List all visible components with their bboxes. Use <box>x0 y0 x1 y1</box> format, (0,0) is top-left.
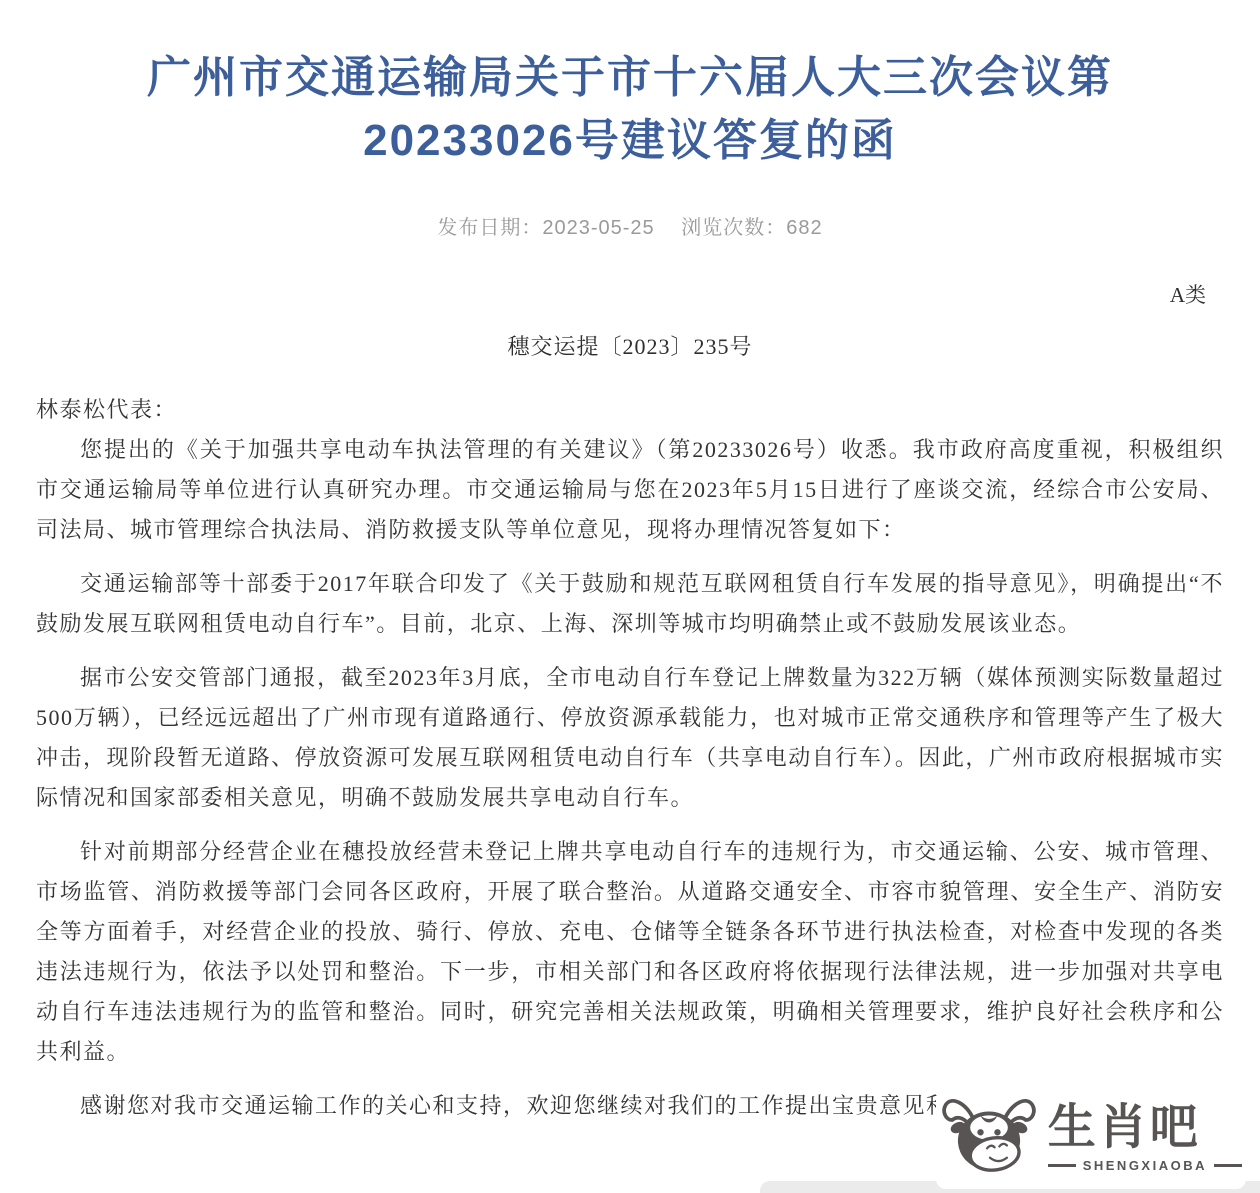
publish-meta: 发布日期：2023-05-25 浏览次数：682 <box>36 214 1224 242</box>
shengxiaoba-watermark-logo: 生肖吧 SHENGXIAOBA <box>936 1089 1246 1189</box>
view-count-value: 682 <box>786 217 822 239</box>
document-page: 广州市交通运输局关于市十六届人大三次会议第 20233026号建议答复的函 发布… <box>0 0 1260 1126</box>
doc-reference-number: 穗交运提〔2023〕235号 <box>36 332 1224 362</box>
logo-subtitle: SHENGXIAOBA <box>1048 1158 1242 1173</box>
salutation: 林泰松代表： <box>36 390 1224 430</box>
paragraph-reply-intro: 您提出的《关于加强共享电动车执法管理的有关建议》（第20233026号）收悉。我… <box>36 430 1224 550</box>
publish-date-label: 发布日期： <box>437 217 542 239</box>
doc-body: 您提出的《关于加强共享电动车执法管理的有关建议》（第20233026号）收悉。我… <box>36 430 1224 1126</box>
page-title-line-1: 广州市交通运输局关于市十六届人大三次会议第 <box>36 46 1224 109</box>
paragraph-policy: 交通运输部等十部委于2017年联合印发了《关于鼓励和规范互联网租赁自行车发展的指… <box>36 564 1224 644</box>
logo-text-block: 生肖吧 SHENGXIAOBA <box>1048 1102 1242 1173</box>
logo-name: 生肖吧 <box>1048 1102 1242 1154</box>
view-count: 浏览次数：682 <box>681 217 822 239</box>
doc-category-badge: A类 <box>36 280 1224 310</box>
logo-subtitle-text: SHENGXIAOBA <box>1083 1158 1207 1173</box>
ox-mascot-icon <box>940 1091 1038 1183</box>
paragraph-statistics: 据市公安交管部门通报，截至2023年3月底，全市电动自行车登记上牌数量为322万… <box>36 658 1224 818</box>
page-title-line-2: 20233026号建议答复的函 <box>36 109 1224 172</box>
logo-dash-left <box>1048 1164 1076 1167</box>
view-count-label: 浏览次数： <box>681 217 786 239</box>
paragraph-enforcement: 针对前期部分经营企业在穗投放经营未登记上牌共享电动自行车的违规行为，市交通运输、… <box>36 832 1224 1072</box>
page-title: 广州市交通运输局关于市十六届人大三次会议第 20233026号建议答复的函 <box>36 0 1224 172</box>
publish-date-value: 2023-05-25 <box>542 217 654 239</box>
logo-dash-right <box>1214 1164 1242 1167</box>
publish-date: 发布日期：2023-05-25 <box>437 217 654 239</box>
